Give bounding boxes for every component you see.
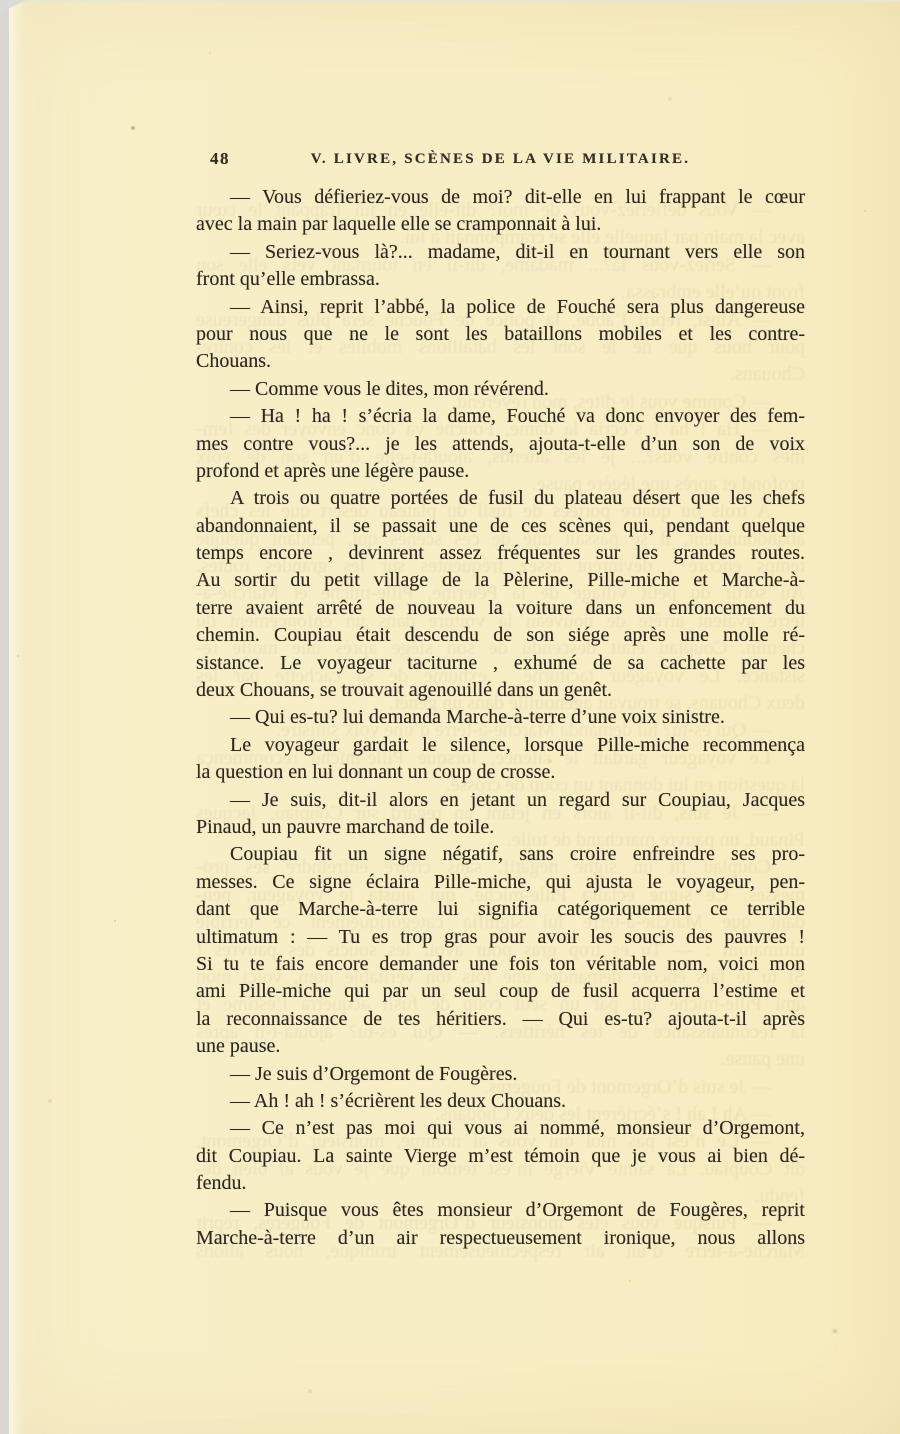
text-line: Marche-à-terre d’un air respectueusement… [196, 1225, 805, 1252]
text-line: — Je suis, dit-il alors en jetant un reg… [196, 787, 805, 814]
text-column: — Vous défieriez-vous de moi? dit-elle e… [196, 184, 805, 1252]
text-line: abandonnaient, il se passait une de ces … [196, 513, 805, 540]
text-line: A trois ou quatre portées de fusil du pl… [196, 485, 805, 512]
text-line: — Puisque vous êtes monsieur d’Orgemont … [196, 1197, 805, 1224]
text-line: Pinaud, un pauvre marchand de toile. [196, 814, 805, 841]
scan-corner [0, 0, 26, 13]
text-line: profond et après une légère pause. [196, 458, 805, 485]
text-line: Le voyageur gardait le silence, lorsque … [196, 732, 805, 759]
text-line: Chouans. [196, 348, 805, 375]
text-line: — Ainsi, reprit l’abbé, la police de Fou… [196, 294, 805, 321]
text-line: dant que Marche-à-terre lui signifia cat… [196, 896, 805, 923]
text-line: fendu. [196, 1170, 805, 1197]
text-line: — Qui es-tu? lui demanda Marche-à-terre … [196, 704, 805, 731]
text-line: mes contre vous?... je les attends, ajou… [196, 431, 805, 458]
text-line: Au sortir du petit village de la Pèlerin… [196, 567, 805, 594]
text-line: Coupiau fit un signe négatif, sans croir… [196, 841, 805, 868]
text-line: messes. Ce signe éclaira Pille-miche, qu… [196, 869, 805, 896]
text-line: temps encore , devinrent assez fréquente… [196, 540, 805, 567]
running-header-title: V. LIVRE, SCÈNES DE LA VIE MILITAIRE. [311, 151, 690, 167]
text-line: la question en lui donnant un coup de cr… [196, 759, 805, 786]
text-line: front qu’elle embrassa. [196, 266, 805, 293]
scan-top-edge [0, 0, 900, 2]
text-line: une pause. [196, 1033, 805, 1060]
paper-edge [9, 0, 24, 1434]
text-line: terre avaient arrêté de nouveau la voitu… [196, 595, 805, 622]
text-line: — Ce n’est pas moi qui vous ai nommé, mo… [196, 1115, 805, 1142]
text-line: avec la main par laquelle elle se crampo… [196, 211, 805, 238]
text-line: — Je suis d’Orgemont de Fougères. [196, 1061, 805, 1088]
text-line: ultimatum : — Tu es trop gras pour avoir… [196, 924, 805, 951]
text-line: Si tu te fais encore demander une fois t… [196, 951, 805, 978]
text-line: — Ha ! ha ! s’écria la dame, Fouché va d… [196, 403, 805, 430]
text-line: ami Pille-miche qui par un seul coup de … [196, 978, 805, 1005]
page-number: 48 [210, 149, 230, 169]
text-line: chemin. Coupiau était descendu de son si… [196, 622, 805, 649]
text-line: — Comme vous le dites, mon révérend. [196, 376, 805, 403]
text-line: dit Coupiau. La sainte Vierge m’est témo… [196, 1143, 805, 1170]
text-line: — Vous défieriez-vous de moi? dit-elle e… [196, 184, 805, 211]
text-line: deux Chouans, se trouvait agenouillé dan… [196, 677, 805, 704]
text-line: la reconnaissance de tes héritiers. — Qu… [196, 1006, 805, 1033]
text-line: — Ah ! ah ! s’écrièrent les deux Chouans… [196, 1088, 805, 1115]
text-line: pour nous que ne le sont les bataillons … [196, 321, 805, 348]
running-header: 48 V. LIVRE, SCÈNES DE LA VIE MILITAIRE. [196, 151, 805, 168]
text-line: — Seriez-vous là?... madame, dit-il en t… [196, 239, 805, 266]
text-line: sistance. Le voyageur taciturne , exhumé… [196, 650, 805, 677]
